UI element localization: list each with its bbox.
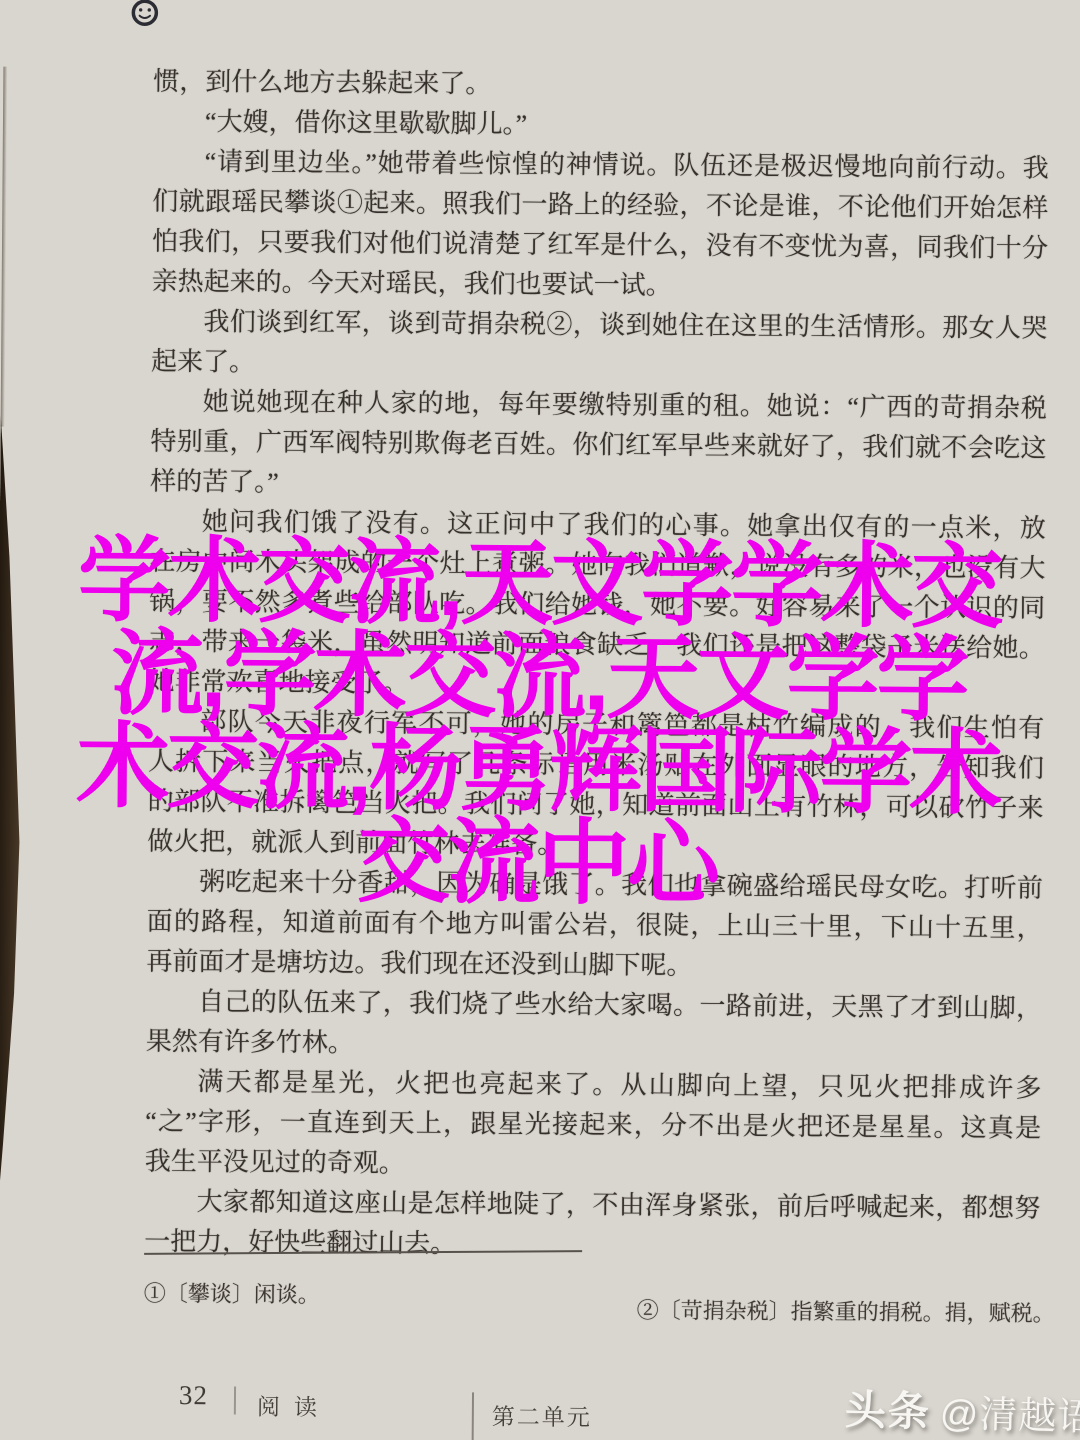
toutiao-logo: 头条	[844, 1387, 931, 1435]
page-number: 32	[179, 1380, 208, 1411]
body-text-line: 怕我们，只要我们对他们说清楚了红军是什么，没有不变忧为喜，同我们十分	[152, 222, 1048, 269]
body-text-line: 特别重，广西军阀特别欺侮老百姓。你们红军早些来就好了，我们就不会吃这	[150, 422, 1046, 469]
footnote-2: ②〔苛捐杂税〕指繁重的捐税。捐，赋税。	[637, 1294, 1055, 1328]
channel-watermark: 头条@清越语文	[844, 1377, 1080, 1440]
body-text-line: “请到里边坐。”她带着些惊惶的神情说。队伍还是极迟慢地向前行动。我	[153, 142, 1049, 189]
page-content: 惯，到什么地方去躲起来了。“大嫂，借你这里歇歇脚儿。”“请到里边坐。”她带着些惊…	[0, 0, 1080, 1440]
footnote-1: ①〔攀谈〕闲谈。	[144, 1277, 320, 1309]
body-text-line: 我生平没见过的奇观。	[145, 1142, 1041, 1189]
body-text-line: 起来了。	[151, 342, 1047, 389]
channel-handle: @清越语文	[939, 1393, 1080, 1440]
body-text-line: 满天都是星光，火把也亮起来了。从山脚向上望，只见火把排成许多	[145, 1062, 1041, 1109]
overlay-watermark-line: 流,学术交流,天文学学	[0, 627, 1079, 728]
unit-label: 第二单元	[492, 1398, 592, 1432]
body-text-line: 们就跟瑶民攀谈①起来。照我们一路上的经验，不论是谁，不论他们开始怎样	[152, 182, 1048, 229]
smiley-face-icon	[130, 0, 160, 29]
body-text-line: 样的苦了。”	[150, 462, 1046, 509]
overlay-watermark-line: 交流中心	[0, 813, 1078, 914]
body-text-line: 自己的队伍来了，我们烧了些水给大家喝。一路前进，天黑了才到山脚，	[146, 982, 1042, 1029]
body-text-line: 果然有许多竹林。	[146, 1022, 1042, 1069]
body-text-line: 惯，到什么地方去躲起来了。	[153, 62, 1049, 109]
footer-divider-1	[234, 1386, 236, 1414]
body-text-line: 大家都知道这座山是怎样地陡了，不由浑身紧张，前后呼喊起来，都想努	[144, 1182, 1040, 1229]
section-label: 阅读	[257, 1389, 331, 1423]
overlay-watermark: 学术交流,天文学学术交流,学术交流,天文学学术交流,杨勇辉国际学术交流中心	[0, 534, 1080, 914]
body-text-line: 再前面才是塘坊边。我们现在还没到山脚下呢。	[146, 942, 1042, 989]
body-text-line: 亲热起来的。今天对瑶民，我们也要试一试。	[152, 262, 1048, 309]
body-text-line: 我们谈到红军，谈到苛捐杂税②，谈到她住在这里的生活情形。那女人哭	[151, 302, 1047, 349]
body-text-line: “大嫂，借你这里歇歇脚儿。”	[153, 102, 1049, 149]
photo-left-edge-top	[1, 67, 8, 427]
body-text-line: 她说她现在种人家的地，每年要缴特别重的租。她说：“广西的苛捐杂税	[151, 382, 1047, 429]
overlay-watermark-line: 学术交流,天文学学术交	[0, 534, 1080, 635]
overlay-watermark-line: 术交流,杨勇辉国际学术	[0, 720, 1078, 821]
footer-divider-2	[472, 1392, 474, 1440]
body-text-line: “之”字形，一直连到天上，跟星光接起来，分不出是火把还是星星。这真是	[145, 1102, 1041, 1149]
body-text-line: 一把力，好快些翻过山去。	[144, 1222, 1040, 1269]
book-page-photo: 惯，到什么地方去躲起来了。“大嫂，借你这里歇歇脚儿。”“请到里边坐。”她带着些惊…	[0, 0, 1080, 1440]
